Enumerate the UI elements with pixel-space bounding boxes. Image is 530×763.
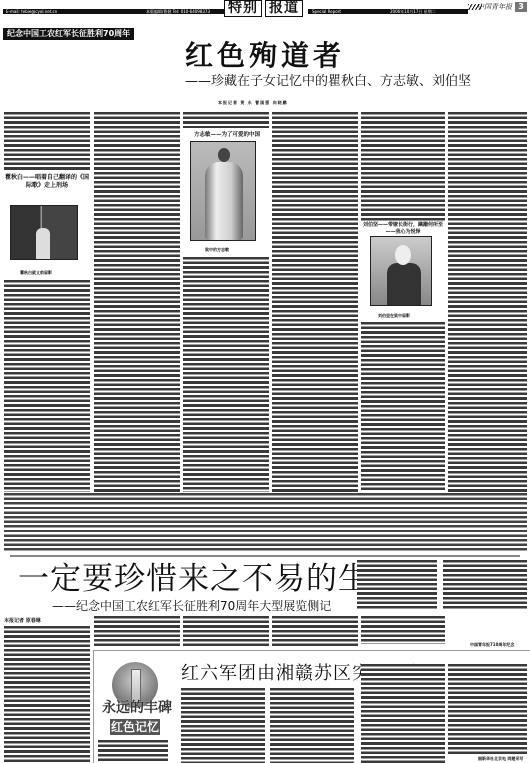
article-column-3a bbox=[183, 112, 269, 128]
section-divider bbox=[10, 555, 520, 557]
second-headline: 一定要珍惜来之不易的生活 bbox=[18, 563, 402, 596]
photo-fang-zhimin bbox=[190, 141, 256, 241]
caption-liu-bojian: 刘伯坚在狱中留影 bbox=[378, 313, 410, 319]
second-column-5 bbox=[361, 616, 445, 644]
second-right-col-1 bbox=[357, 560, 437, 610]
main-byline: 本报记者 贺 永 曹国强 向晓鹏 bbox=[218, 100, 288, 106]
subhead-fang-zhimin: 方志敏——为了可爱的中国 bbox=[186, 131, 268, 140]
photo-head bbox=[395, 245, 411, 265]
feature-column-1 bbox=[98, 740, 168, 763]
photo-qu-qiubai bbox=[10, 205, 78, 260]
newspaper-logo: 中国青年报 bbox=[477, 2, 512, 12]
feature-column-3 bbox=[270, 688, 354, 763]
feature-column-4 bbox=[361, 664, 445, 763]
second-right-col-2 bbox=[443, 560, 527, 610]
header-date: 2006年10月17日 星期二 bbox=[390, 8, 436, 15]
article-column-2 bbox=[94, 112, 180, 492]
anniversary-kicker: 纪念中国工农红军长征胜利70周年 bbox=[3, 28, 134, 40]
photo-head bbox=[218, 148, 230, 162]
badge-eternal-monument: 永远的丰碑 bbox=[102, 700, 172, 716]
article-column-3b bbox=[183, 257, 269, 492]
caption-qu-qiubai: 瞿秋白就义前留影 bbox=[20, 270, 52, 276]
page-number: 3 bbox=[515, 2, 527, 12]
second-source: 中国青年报710周年纪念 bbox=[470, 642, 514, 648]
section-english: Special Report bbox=[312, 8, 341, 15]
article-column-5a bbox=[361, 112, 445, 222]
main-subheadline: ——珍藏在子女记忆中的瞿秋白、方志敏、刘伯坚 bbox=[185, 74, 471, 89]
article-column-1b bbox=[4, 280, 90, 492]
caption-fang-zhimin: 狱中的方志敏 bbox=[205, 247, 229, 253]
badge-red-memory: 红色记忆 bbox=[110, 719, 160, 735]
photo-figure bbox=[36, 228, 50, 260]
feature-column-5 bbox=[448, 664, 527, 756]
second-subheadline: ——纪念中国工农红军长征胜利70周年大型展览侧记 bbox=[52, 599, 331, 613]
photo-figure bbox=[205, 162, 243, 240]
article-column-6 bbox=[448, 112, 527, 492]
article-column-5b bbox=[361, 322, 445, 492]
subhead-liu-bojian: 刘伯坚——带镣长街行，蹒跚何所至——我心为悦怿 bbox=[361, 222, 445, 236]
second-column-2 bbox=[94, 616, 180, 646]
header-email: E-mail: tebie@cyol.net.cn bbox=[6, 8, 57, 15]
subhead-qu-qiubai: 瞿秋白——唱着自己翻译的《国际歌》走上刑场 bbox=[4, 174, 90, 190]
second-column-4 bbox=[272, 616, 358, 646]
main-headline: 红色殉道者 bbox=[0, 41, 530, 71]
header-editor: 本版编辑/曹健 Tel: 010-64098373 bbox=[146, 8, 210, 15]
article-continuation bbox=[4, 493, 527, 551]
photo-figure bbox=[387, 263, 421, 306]
article-column-4 bbox=[272, 112, 358, 492]
section-label-right: 报道 bbox=[265, 0, 303, 17]
article-column-1 bbox=[4, 112, 90, 172]
second-byline: 本报记者 原春琳 bbox=[4, 617, 41, 626]
second-column-1 bbox=[4, 626, 90, 763]
photo-liu-bojian bbox=[370, 236, 432, 306]
section-label-left: 特别 bbox=[224, 0, 262, 17]
feature-column-2 bbox=[181, 688, 265, 763]
feature-source: 据新华社北京电 同题采写 bbox=[478, 756, 523, 762]
second-column-3 bbox=[183, 616, 269, 646]
